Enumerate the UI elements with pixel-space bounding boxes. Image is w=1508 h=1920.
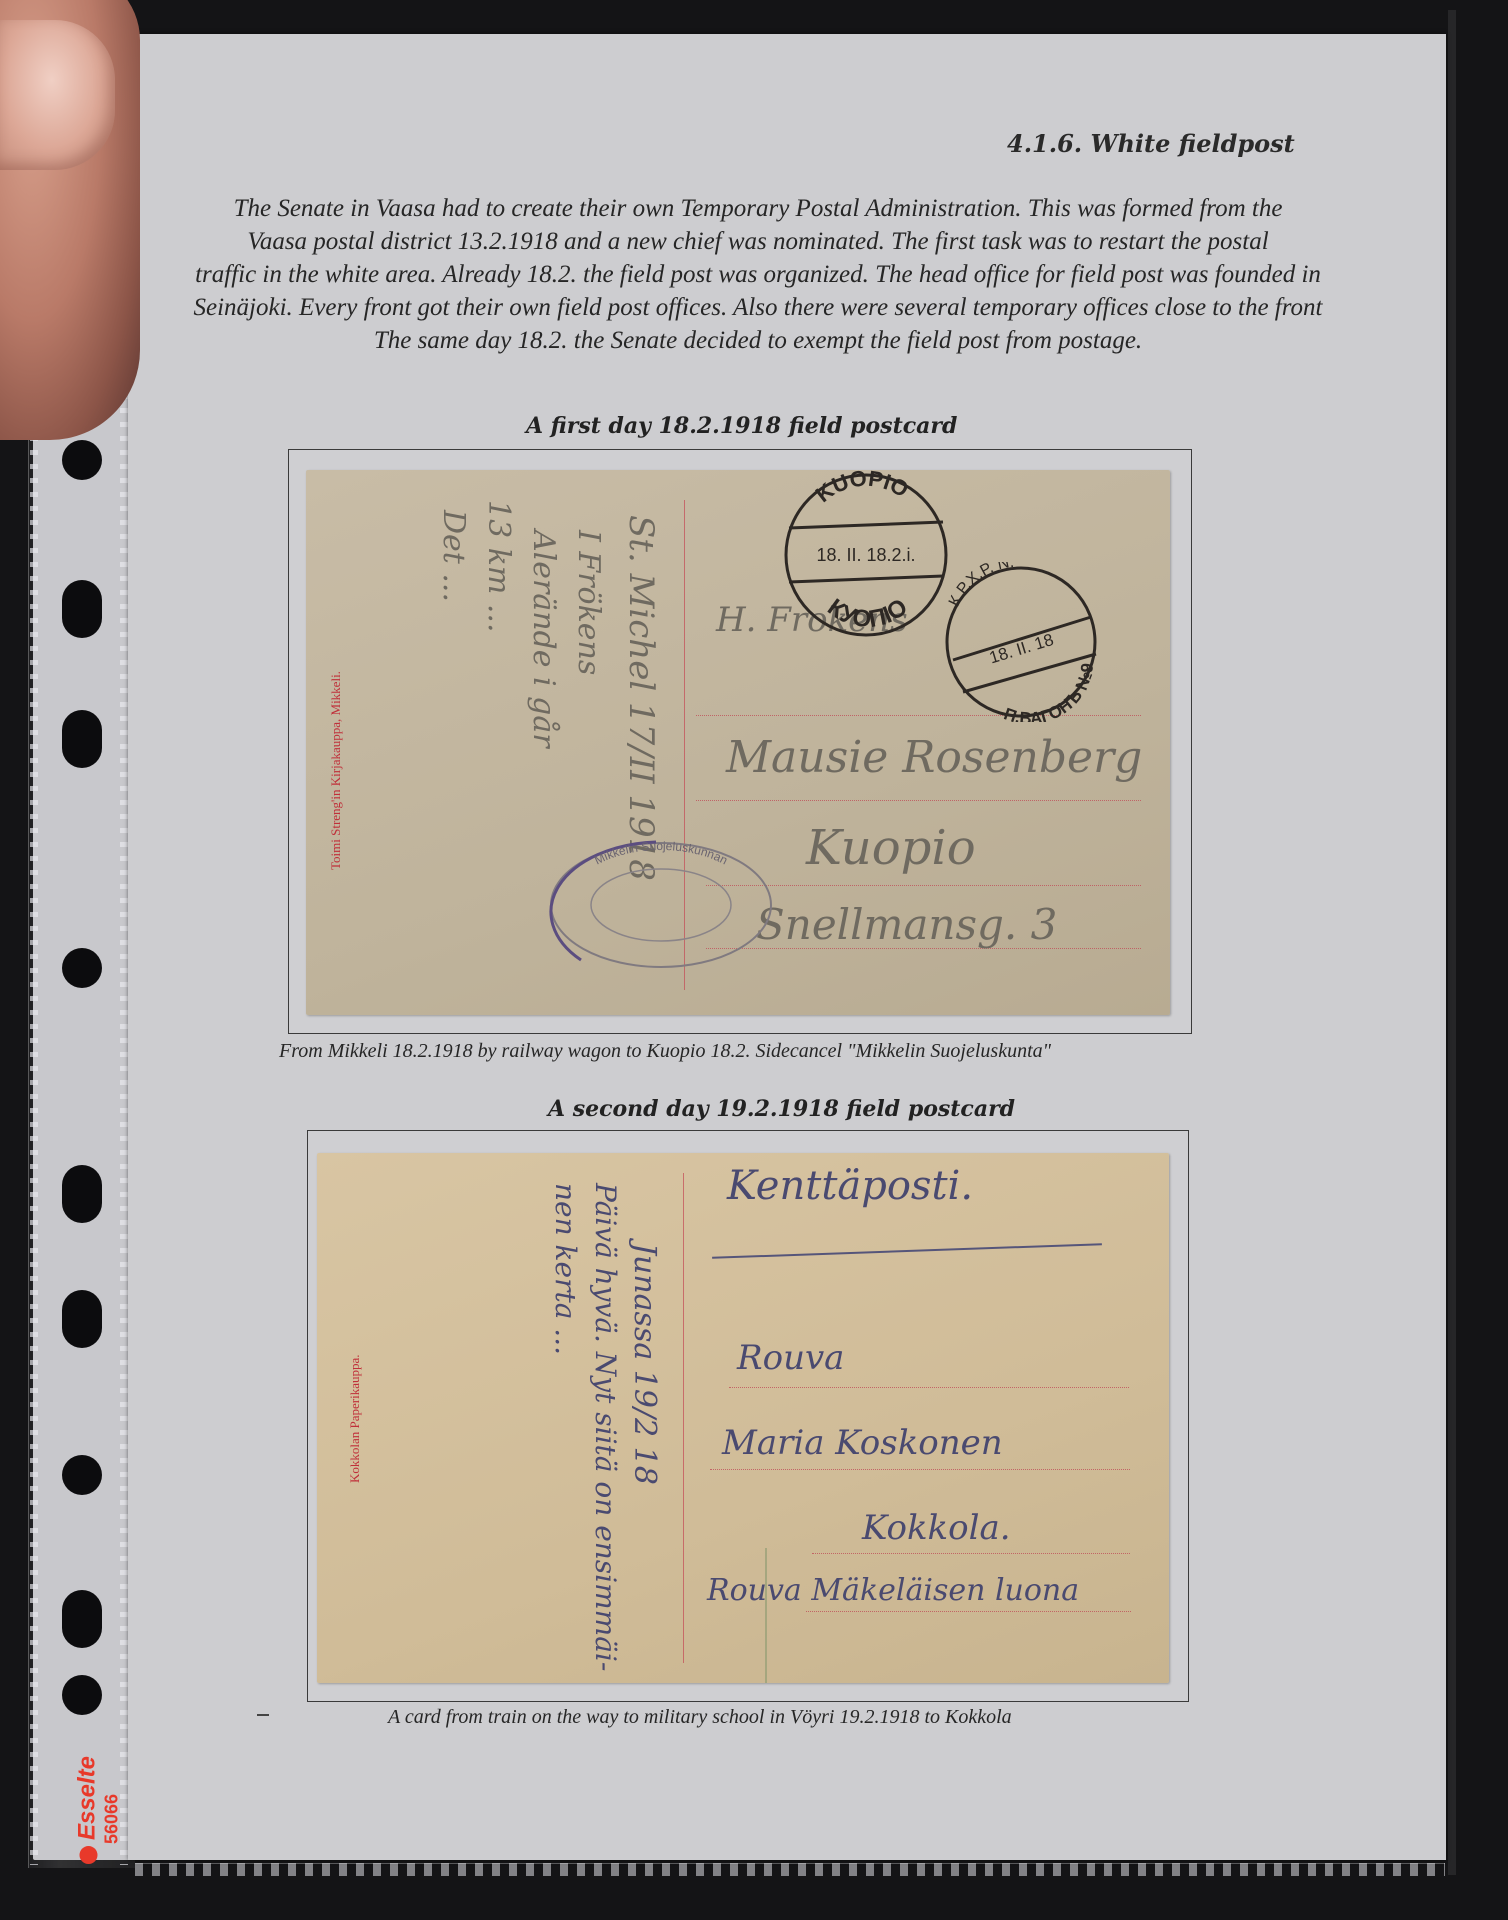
side-cancel-oval: Mikkelin Suojeluskunnan bbox=[541, 830, 781, 980]
sleeve-right-edge bbox=[1448, 10, 1456, 1875]
punch-hole bbox=[62, 1675, 102, 1715]
svg-text:KUOPIO: KUOPIO bbox=[811, 470, 913, 507]
address-line bbox=[710, 1469, 1130, 1470]
address-city: Kuopio bbox=[806, 820, 976, 876]
item2-caption: A card from train on the way to military… bbox=[388, 1706, 1012, 1729]
printer-imprint: Kokkolan Paperikauppa. bbox=[347, 1354, 363, 1483]
postcard-2: Kokkolan Paperikauppa. Junassa 19/2 18 P… bbox=[317, 1153, 1169, 1683]
card-crease bbox=[765, 1548, 767, 1683]
intro-line: traffic in the white area. Already 18.2.… bbox=[148, 258, 1368, 291]
address-street: Snellmansg. 3 bbox=[756, 900, 1057, 949]
punch-hole bbox=[62, 710, 102, 768]
postcard-1: Toimi Streng'in Kirjakauppa, Mikkeli. St… bbox=[306, 470, 1170, 1015]
thumb bbox=[0, 20, 115, 170]
punch-hole bbox=[62, 1455, 102, 1495]
item2-heading: A second day 19.2.1918 field postcard bbox=[548, 1096, 1015, 1122]
railway-wagon-postmark: К.Р.Х.Р. N. 18. II. 18 П.ВАГОНЪ №9 bbox=[941, 562, 1101, 722]
esselte-logo-icon bbox=[79, 1846, 97, 1864]
punch-hole bbox=[62, 580, 102, 638]
svg-text:18. II. 18.2.i.: 18. II. 18.2.i. bbox=[816, 545, 915, 565]
message-line: St. Michel 17/II 1918 bbox=[621, 515, 661, 881]
product-code: 56066 bbox=[102, 1756, 123, 1844]
address-care-of: Rouva Mäkeläisen luona bbox=[707, 1573, 1079, 1608]
punch-hole bbox=[62, 440, 102, 480]
header-underline bbox=[712, 1243, 1102, 1259]
intro-line: Vaasa postal district 13.2.1918 and a ne… bbox=[148, 225, 1368, 258]
message-line: 13 km ... bbox=[481, 500, 516, 632]
svg-text:Mikkelin Suojeluskunnan: Mikkelin Suojeluskunnan bbox=[592, 839, 730, 867]
svg-text:18. II. 18: 18. II. 18 bbox=[987, 630, 1056, 668]
message-line: Det ... bbox=[436, 510, 471, 602]
address-title: Rouva bbox=[737, 1338, 844, 1378]
message-line: I Frökens bbox=[571, 530, 606, 675]
address-name: Maria Koskonen bbox=[722, 1423, 1003, 1463]
intro-paragraph: The Senate in Vaasa had to create their … bbox=[148, 192, 1368, 357]
card-divider bbox=[683, 1173, 684, 1663]
address-name: Mausie Rosenberg bbox=[726, 732, 1142, 783]
brand-name: Esselte bbox=[74, 1756, 101, 1840]
item1-heading: A first day 18.2.1918 field postcard bbox=[526, 413, 957, 439]
punch-hole bbox=[62, 1590, 102, 1648]
address-city: Kokkola. bbox=[862, 1508, 1011, 1548]
address-line bbox=[696, 800, 1141, 801]
page-title: 4.1.6. White fieldpost bbox=[1007, 129, 1295, 158]
address-line bbox=[812, 1553, 1130, 1554]
message-line: Päivä hyvä. Nyt siitä on ensimmäi- bbox=[589, 1183, 622, 1671]
printer-imprint: Toimi Streng'in Kirjakauppa, Mikkeli. bbox=[328, 671, 344, 870]
punch-hole bbox=[62, 1290, 102, 1348]
message-line: Junassa 19/2 18 bbox=[627, 1243, 662, 1485]
svg-text:П.ВАГОНЪ №9: П.ВАГОНЪ №9 bbox=[1001, 662, 1097, 722]
address-line bbox=[729, 1387, 1129, 1388]
header-kenttaposti: Kenttäposti. bbox=[727, 1163, 973, 1209]
message-line: nen kerta ... bbox=[549, 1183, 582, 1355]
intro-line: The Senate in Vaasa had to create their … bbox=[148, 192, 1368, 225]
dash-mark bbox=[257, 1714, 269, 1716]
sleeve-brand-label: Esselte 56066 bbox=[58, 1745, 138, 1875]
address-line bbox=[806, 1611, 1131, 1612]
intro-line: The same day 18.2. the Senate decided to… bbox=[148, 324, 1368, 357]
kuopio-postmark: KUOPIO 18. II. 18.2.i. КУОПIО bbox=[781, 470, 951, 640]
message-line: Alerände i går bbox=[526, 530, 561, 748]
svg-text:К.Р.Х.Р. N.: К.Р.Х.Р. N. bbox=[946, 562, 1015, 609]
item1-caption: From Mikkeli 18.2.1918 by railway wagon … bbox=[279, 1040, 1051, 1063]
punch-hole bbox=[62, 1165, 102, 1223]
intro-line: Seinäjoki. Every front got their own fie… bbox=[148, 291, 1368, 324]
sleeve-bottom-seam bbox=[135, 1863, 1445, 1876]
punch-hole bbox=[62, 948, 102, 988]
